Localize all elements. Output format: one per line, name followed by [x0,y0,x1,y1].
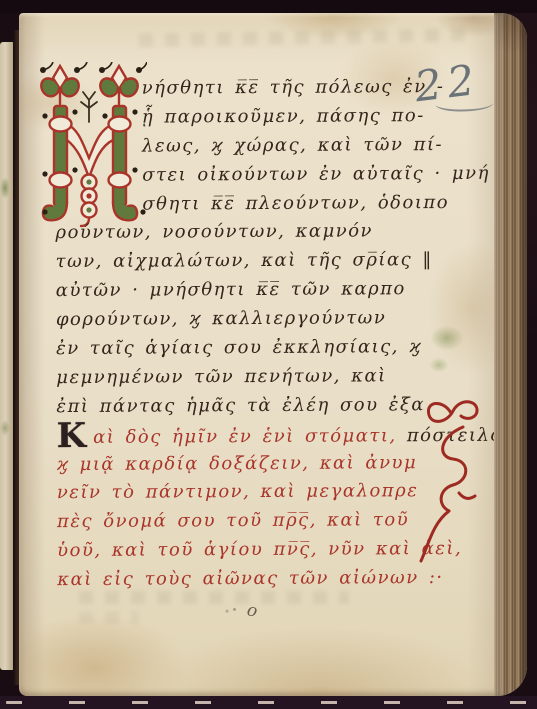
text-segment: ἐπὶ πάντας ἡμᾶς τὰ ἐλέη σου ἐξα [56,394,425,417]
text-line: Καὶ δὸς ἡμῖν ἐν ἑνὶ στόματι, πόστειλον :… [56,420,464,451]
showthrough-text [139,28,469,47]
text-line: ϗ μιᾷ καρδίᾳ δοξάζειν, καὶ ἀνυμ [57,449,465,480]
text-line: νήσθητι κ̅ε̅ τῆς πόλεως ἐν - [142,73,463,104]
text-line: φορούντων, ϗ καλλιεργούντων [56,304,464,335]
text-segment: νεῖν τὸ πάντιμον, καὶ μεγαλοπρε [57,481,419,504]
text-segment: μεμνημένων τῶν πενήτων, καὶ [56,365,387,388]
text-segment: καὶ εἰς τοὺς αἰῶνας τῶν αἰώνων :· [57,567,443,590]
text-block: νήσθητι κ̅ε̅ τῆς πόλεως ἐν -ᾗ παροικοῦμε… [55,73,466,595]
text-line: νεῖν τὸ πάντιμον, καὶ μεγαλοπρε [57,477,465,508]
text-segment: φορούντων, ϗ καλλιεργούντων [56,307,386,330]
manuscript-photo: 22 νήσθητι κ̅ε̅ τῆς πόλεως ἐν -ᾗ παροικο… [0,0,537,709]
text-segment: ὑοῦ, καὶ τοῦ ἁγίου πν̅ς̅, νῦν καὶ ἀεὶ, [57,538,462,561]
quire-mark: ο [245,600,259,621]
measurement-scale [0,696,537,709]
initial-k: Κ [56,416,86,456]
text-segment: σθητι κ̅ε̅ πλεούντων, ὁδοιπο [142,192,449,215]
photo-background-top [0,0,537,13]
ekphonesis-flourish-icon [417,391,497,581]
text-line: ἐπὶ πάντας ἡμᾶς τὰ ἐλέη σου ἐξα [56,391,464,422]
text-line: αὐτῶν · μνήσθητι κ̅ε̅ τῶν καρπο [56,275,464,306]
facing-page-edge [0,42,13,670]
stain-spot [0,420,10,436]
text-segment: ἐν ταῖς ἁγίαις σου ἐκκλησίαις, ϗ [56,336,422,359]
text-line: στει οἰκούντων ἐν αὐταῖς · μνή [142,160,463,191]
text-segment: ᾗ παροικοῦμεν, πάσης πο- [142,105,425,127]
text-line: ρούντων, νοσούντων, καμνόν [55,217,463,248]
text-line: ᾗ παροικοῦμεν, πάσης πο- [142,102,463,133]
text-line: ἐν ταῖς ἁγίαις σου ἐκκλησίαις, ϗ [56,333,464,364]
text-line: καὶ εἰς τοὺς αἰῶνας τῶν αἰώνων :· [57,564,465,595]
showthrough-text [79,611,139,624]
text-segment: πὲς ὄνομά σου τοῦ πρ̅ς̅, καὶ τοῦ [57,510,409,533]
text-segment: ρούντων, νοσούντων, καμνόν [55,221,373,244]
manuscript-page: 22 νήσθητι κ̅ε̅ τῆς πόλεως ἐν -ᾗ παροικο… [19,13,527,696]
text-segment: αὶ δὸς ἡμῖν ἐν ἑνὶ στόματι, [93,425,407,448]
text-line: των, αἰχμαλώτων, καὶ τῆς σρ̅ίας ‖ [56,246,464,277]
text-segment: των, αἰχμαλώτων, καὶ τῆς σρ̅ίας ‖ [56,249,433,272]
text-line: πὲς ὄνομά σου τοῦ πρ̅ς̅, καὶ τοῦ [57,506,465,537]
text-line: λεως, ϗ χώρας, καὶ τῶν πί- [142,131,463,162]
text-segment: λεως, ϗ χώρας, καὶ τῶν πί- [142,134,443,157]
text-line: ὑοῦ, καὶ τοῦ ἁγίου πν̅ς̅, νῦν καὶ ἀεὶ, [57,535,465,566]
book-fore-edge [494,13,527,696]
stain-spot [0,177,10,199]
text-segment: ϗ μιᾷ καρδίᾳ δοξάζειν, καὶ ἀνυμ [57,452,418,475]
text-segment: στει οἰκούντων ἐν αὐταῖς · μνή [142,162,490,185]
text-line: σθητι κ̅ε̅ πλεούντων, ὁδοιπο [142,188,463,219]
text-segment: αὐτῶν · μνήσθητι κ̅ε̅ τῶν καρπο [56,278,406,301]
text-segment: νήσθητι κ̅ε̅ τῆς πόλεως ἐν - [142,76,445,99]
text-line: μεμνημένων τῶν πενήτων, καὶ [56,362,464,393]
